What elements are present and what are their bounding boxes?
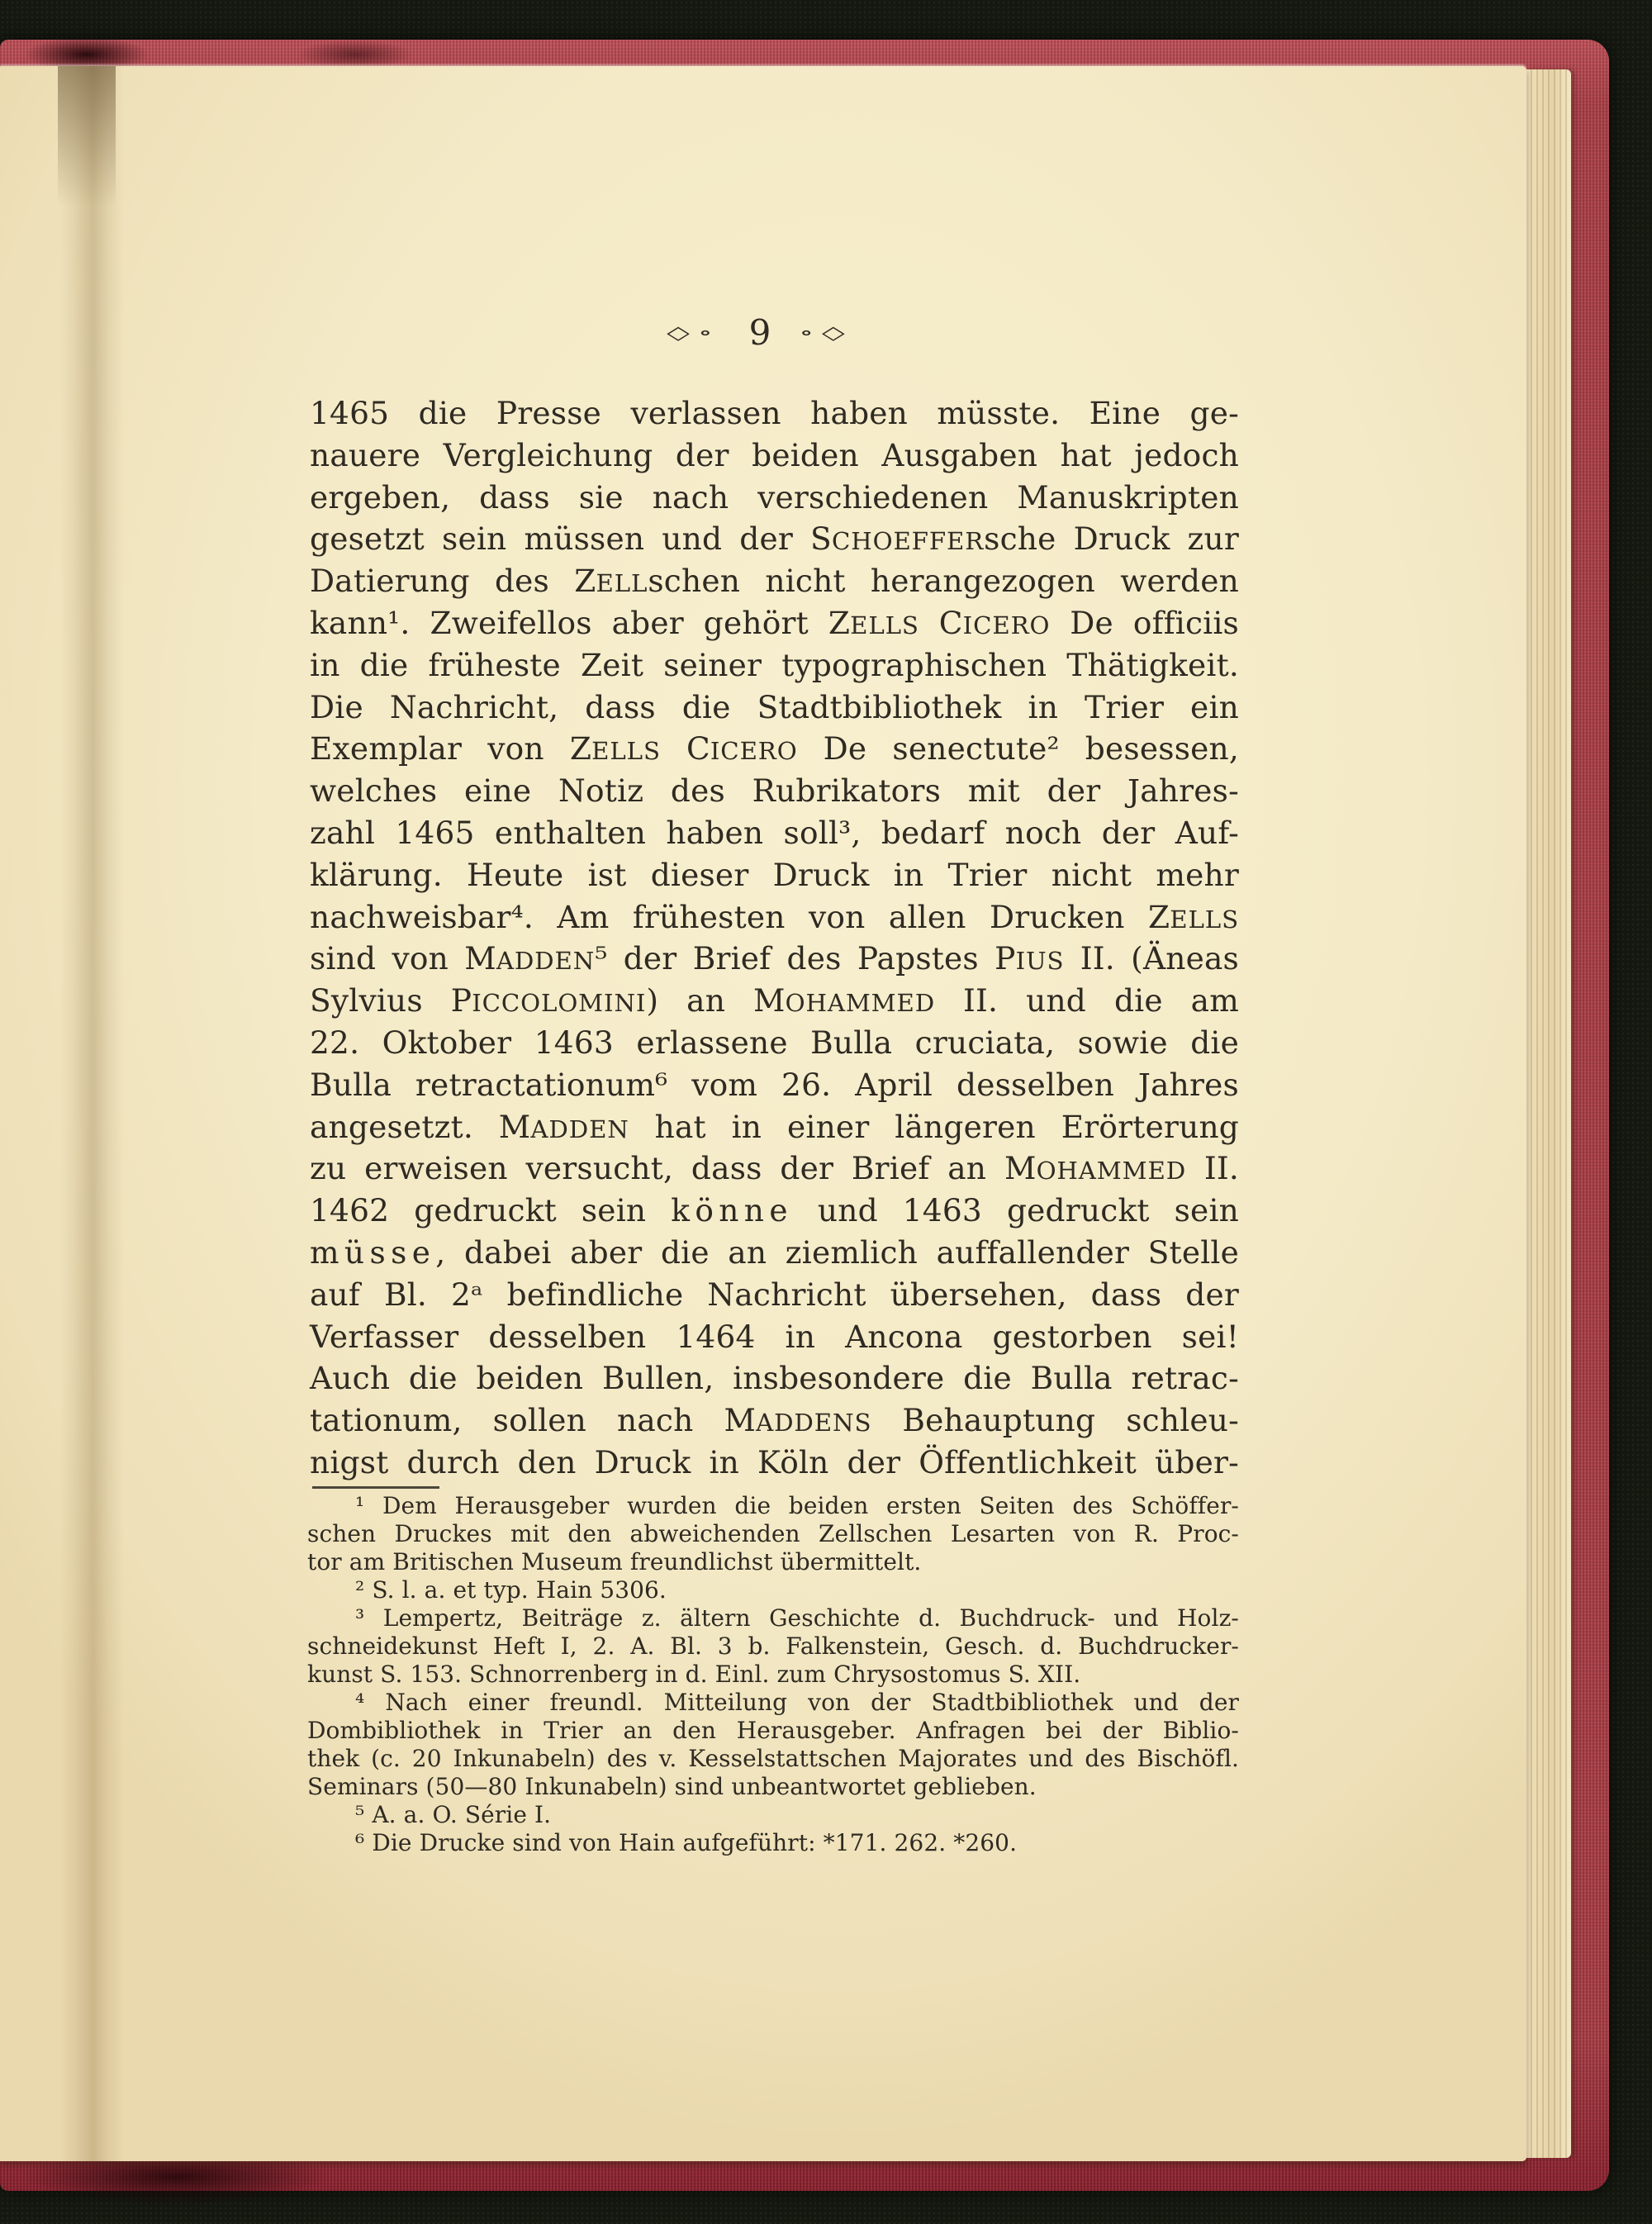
main-text-line: welches eine Notiz des Rubrikators mit d… <box>310 770 1239 812</box>
page-gutter-shadow <box>59 66 124 2161</box>
main-text-line: 1465 die Presse verlassen haben müsste. … <box>310 392 1239 435</box>
main-text-line: nachweisbar⁴. Am frühesten von allen Dru… <box>310 896 1239 939</box>
footnote-line: tor am Britischen Museum freundlichst üb… <box>307 1548 1239 1576</box>
main-text-line: gesetzt sein müssen und der SCHOEFFERsch… <box>310 518 1239 560</box>
footnote-line: ² S. l. a. et typ. Hain 5306. <box>307 1576 1239 1604</box>
main-text-line: Exemplar von ZELLS CICERO De senectute² … <box>310 728 1239 770</box>
main-text-line: zahl 1465 enthalten haben soll³, bedarf … <box>310 812 1239 854</box>
main-text-line: in die früheste Zeit seiner typographisc… <box>310 644 1239 687</box>
header-ornament-left-icon: ◇∘ <box>667 322 720 343</box>
footnote-separator <box>312 1486 439 1489</box>
footnote-line: ¹ Dem Herausgeber wurden die beiden erst… <box>307 1492 1239 1520</box>
main-text-line: nigst durch den Druck in Köln der Öffent… <box>310 1442 1239 1484</box>
main-text-line: nauere Vergleichung der beiden Ausgaben … <box>310 435 1239 477</box>
footnote-line: schneidekunst Heft I, 2. A. Bl. 3 b. Fal… <box>307 1632 1239 1661</box>
main-text-line: Auch die beiden Bullen, insbesondere die… <box>310 1357 1239 1400</box>
main-text-line: auf Bl. 2ᵃ befindliche Nachricht überseh… <box>310 1274 1239 1316</box>
main-text-line: Sylvius PICCOLOMINI) an MOHAMMED II. und… <box>310 980 1239 1022</box>
page-gutter-shadow-top <box>58 66 116 207</box>
footnote-line: ⁵ A. a. O. Série I. <box>307 1801 1239 1829</box>
main-text-line: tationum, sollen nach MADDENS Behauptung… <box>310 1400 1239 1442</box>
main-text-line: klärung. Heute ist dieser Druck in Trier… <box>310 854 1239 896</box>
footnote-line: kunst S. 153. Schnorrenberg in d. Einl. … <box>307 1661 1239 1689</box>
footnote-line: Seminars (50—80 Inkunabeln) sind unbeant… <box>307 1773 1239 1801</box>
main-text-line: angesetzt. MADDEN hat in einer längeren … <box>310 1106 1239 1148</box>
page-edge-stack <box>1526 69 1571 2158</box>
footnote-line: thek (c. 20 Inkunabeln) des v. Kesselsta… <box>307 1745 1239 1773</box>
page-header: ◇∘9∘◇ <box>281 312 1239 353</box>
main-text-line: kann¹. Zweifellos aber gehört ZELLS CICE… <box>310 602 1239 644</box>
main-text-line: Bulla retractationum⁶ vom 26. April dess… <box>310 1064 1239 1106</box>
main-text-line: 22. Oktober 1463 erlassene Bulla cruciat… <box>310 1022 1239 1064</box>
main-text-line: müsse, dabei aber die an ziemlich auffal… <box>310 1232 1239 1274</box>
main-text-line: Die Nachricht, dass die Stadtbibliothek … <box>310 687 1239 729</box>
main-text-line: zu erweisen versucht, dass der Brief an … <box>310 1148 1239 1190</box>
binding-shadow-top <box>297 40 413 69</box>
main-text-line: sind von MADDEN⁵ der Brief des Papstes P… <box>310 938 1239 980</box>
footnote-line: schen Druckes mit den abweichenden Zells… <box>307 1520 1239 1548</box>
book-scan: ◇∘9∘◇ 1465 die Presse verlassen haben mü… <box>0 0 1652 2224</box>
main-text: 1465 die Presse verlassen haben müsste. … <box>310 392 1239 1484</box>
footnotes: ¹ Dem Herausgeber wurden die beiden erst… <box>307 1492 1239 1857</box>
main-text-line: 1462 gedruckt sein könne und 1463 gedruc… <box>310 1190 1239 1232</box>
page-number: 9 <box>749 312 771 353</box>
footnote-line: ⁶ Die Drucke sind von Hain aufgeführt: *… <box>307 1829 1239 1857</box>
footnote-line: ⁴ Nach einer freundl. Mitteilung von der… <box>307 1689 1239 1717</box>
footnote-line: Dombibliothek in Trier an den Herausgebe… <box>307 1717 1239 1745</box>
footnote-line: ³ Lempertz, Beiträge z. ältern Geschicht… <box>307 1604 1239 1632</box>
main-text-line: Datierung des ZELLschen nicht herangezog… <box>310 560 1239 602</box>
main-text-line: Verfasser desselben 1464 in Ancona gesto… <box>310 1316 1239 1358</box>
main-text-line: ergeben, dass sie nach verschiedenen Man… <box>310 477 1239 519</box>
header-ornament-right-icon: ∘◇ <box>799 322 852 343</box>
